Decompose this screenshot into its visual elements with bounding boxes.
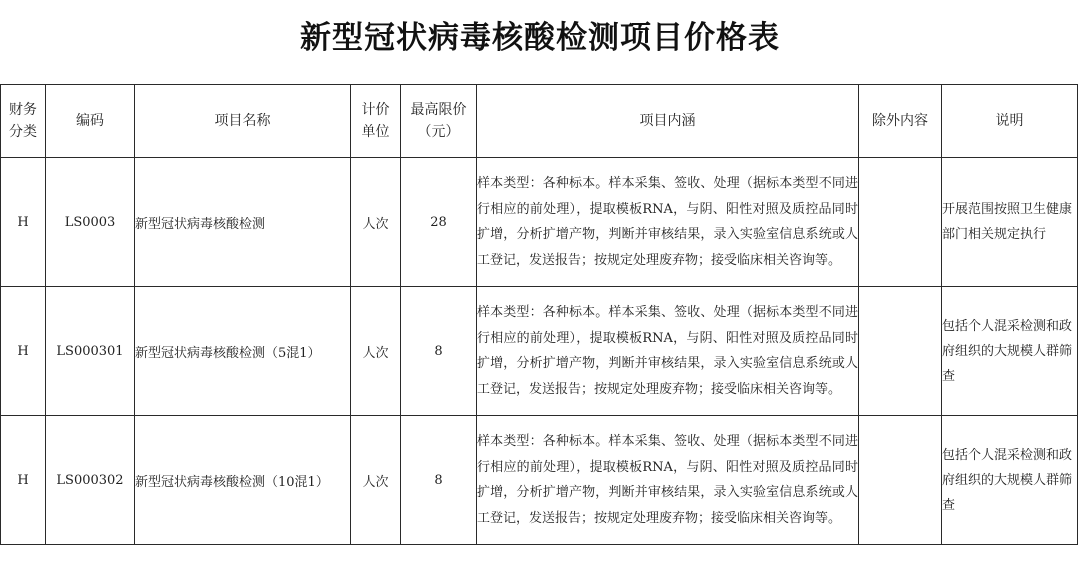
page-title: 新型冠状病毒核酸检测项目价格表 [0, 12, 1080, 57]
header-unit-line1: 计价 [351, 99, 400, 121]
price-table: 财务 分类 编码 项目名称 计价 单位 最高限价 （元） 项目内涵 除外内容 说… [0, 84, 1078, 545]
header-unit-line2: 单位 [351, 121, 400, 143]
cell-name: 新型冠状病毒核酸检测 [135, 158, 351, 287]
cell-category: H [1, 416, 46, 545]
header-exclusions: 除外内容 [859, 85, 942, 158]
table-row: H LS000302 新型冠状病毒核酸检测（10混1） 人次 8 样本类型：各种… [1, 416, 1078, 545]
cell-exclusions [859, 287, 942, 416]
header-content: 项目内涵 [477, 85, 859, 158]
cell-exclusions [859, 158, 942, 287]
cell-max-price: 8 [401, 287, 477, 416]
cell-unit: 人次 [351, 416, 401, 545]
header-name: 项目名称 [135, 85, 351, 158]
cell-exclusions [859, 416, 942, 545]
header-category-line1: 财务 [1, 99, 45, 121]
header-max-price-line1: 最高限价 [401, 99, 476, 121]
header-category-line2: 分类 [1, 121, 45, 143]
cell-content: 样本类型：各种标本。样本采集、签收、处理（据标本类型不同进行相应的前处理），提取… [477, 287, 859, 416]
cell-notes: 开展范围按照卫生健康部门相关规定执行 [942, 158, 1078, 287]
cell-content: 样本类型：各种标本。样本采集、签收、处理（据标本类型不同进行相应的前处理），提取… [477, 158, 859, 287]
cell-name: 新型冠状病毒核酸检测（5混1） [135, 287, 351, 416]
cell-category: H [1, 287, 46, 416]
header-max-price-line2: （元） [401, 121, 476, 143]
header-code: 编码 [46, 85, 135, 158]
cell-code: LS000302 [46, 416, 135, 545]
cell-name: 新型冠状病毒核酸检测（10混1） [135, 416, 351, 545]
cell-unit: 人次 [351, 158, 401, 287]
cell-notes: 包括个人混采检测和政府组织的大规模人群筛查 [942, 416, 1078, 545]
header-row: 财务 分类 编码 项目名称 计价 单位 最高限价 （元） 项目内涵 除外内容 说… [1, 85, 1078, 158]
cell-unit: 人次 [351, 287, 401, 416]
cell-code: LS000301 [46, 287, 135, 416]
cell-category: H [1, 158, 46, 287]
cell-max-price: 28 [401, 158, 477, 287]
table-row: H LS0003 新型冠状病毒核酸检测 人次 28 样本类型：各种标本。样本采集… [1, 158, 1078, 287]
cell-notes: 包括个人混采检测和政府组织的大规模人群筛查 [942, 287, 1078, 416]
cell-code: LS0003 [46, 158, 135, 287]
header-unit: 计价 单位 [351, 85, 401, 158]
table-row: H LS000301 新型冠状病毒核酸检测（5混1） 人次 8 样本类型：各种标… [1, 287, 1078, 416]
header-max-price: 最高限价 （元） [401, 85, 477, 158]
cell-max-price: 8 [401, 416, 477, 545]
cell-content: 样本类型：各种标本。样本采集、签收、处理（据标本类型不同进行相应的前处理），提取… [477, 416, 859, 545]
header-notes: 说明 [942, 85, 1078, 158]
header-category: 财务 分类 [1, 85, 46, 158]
